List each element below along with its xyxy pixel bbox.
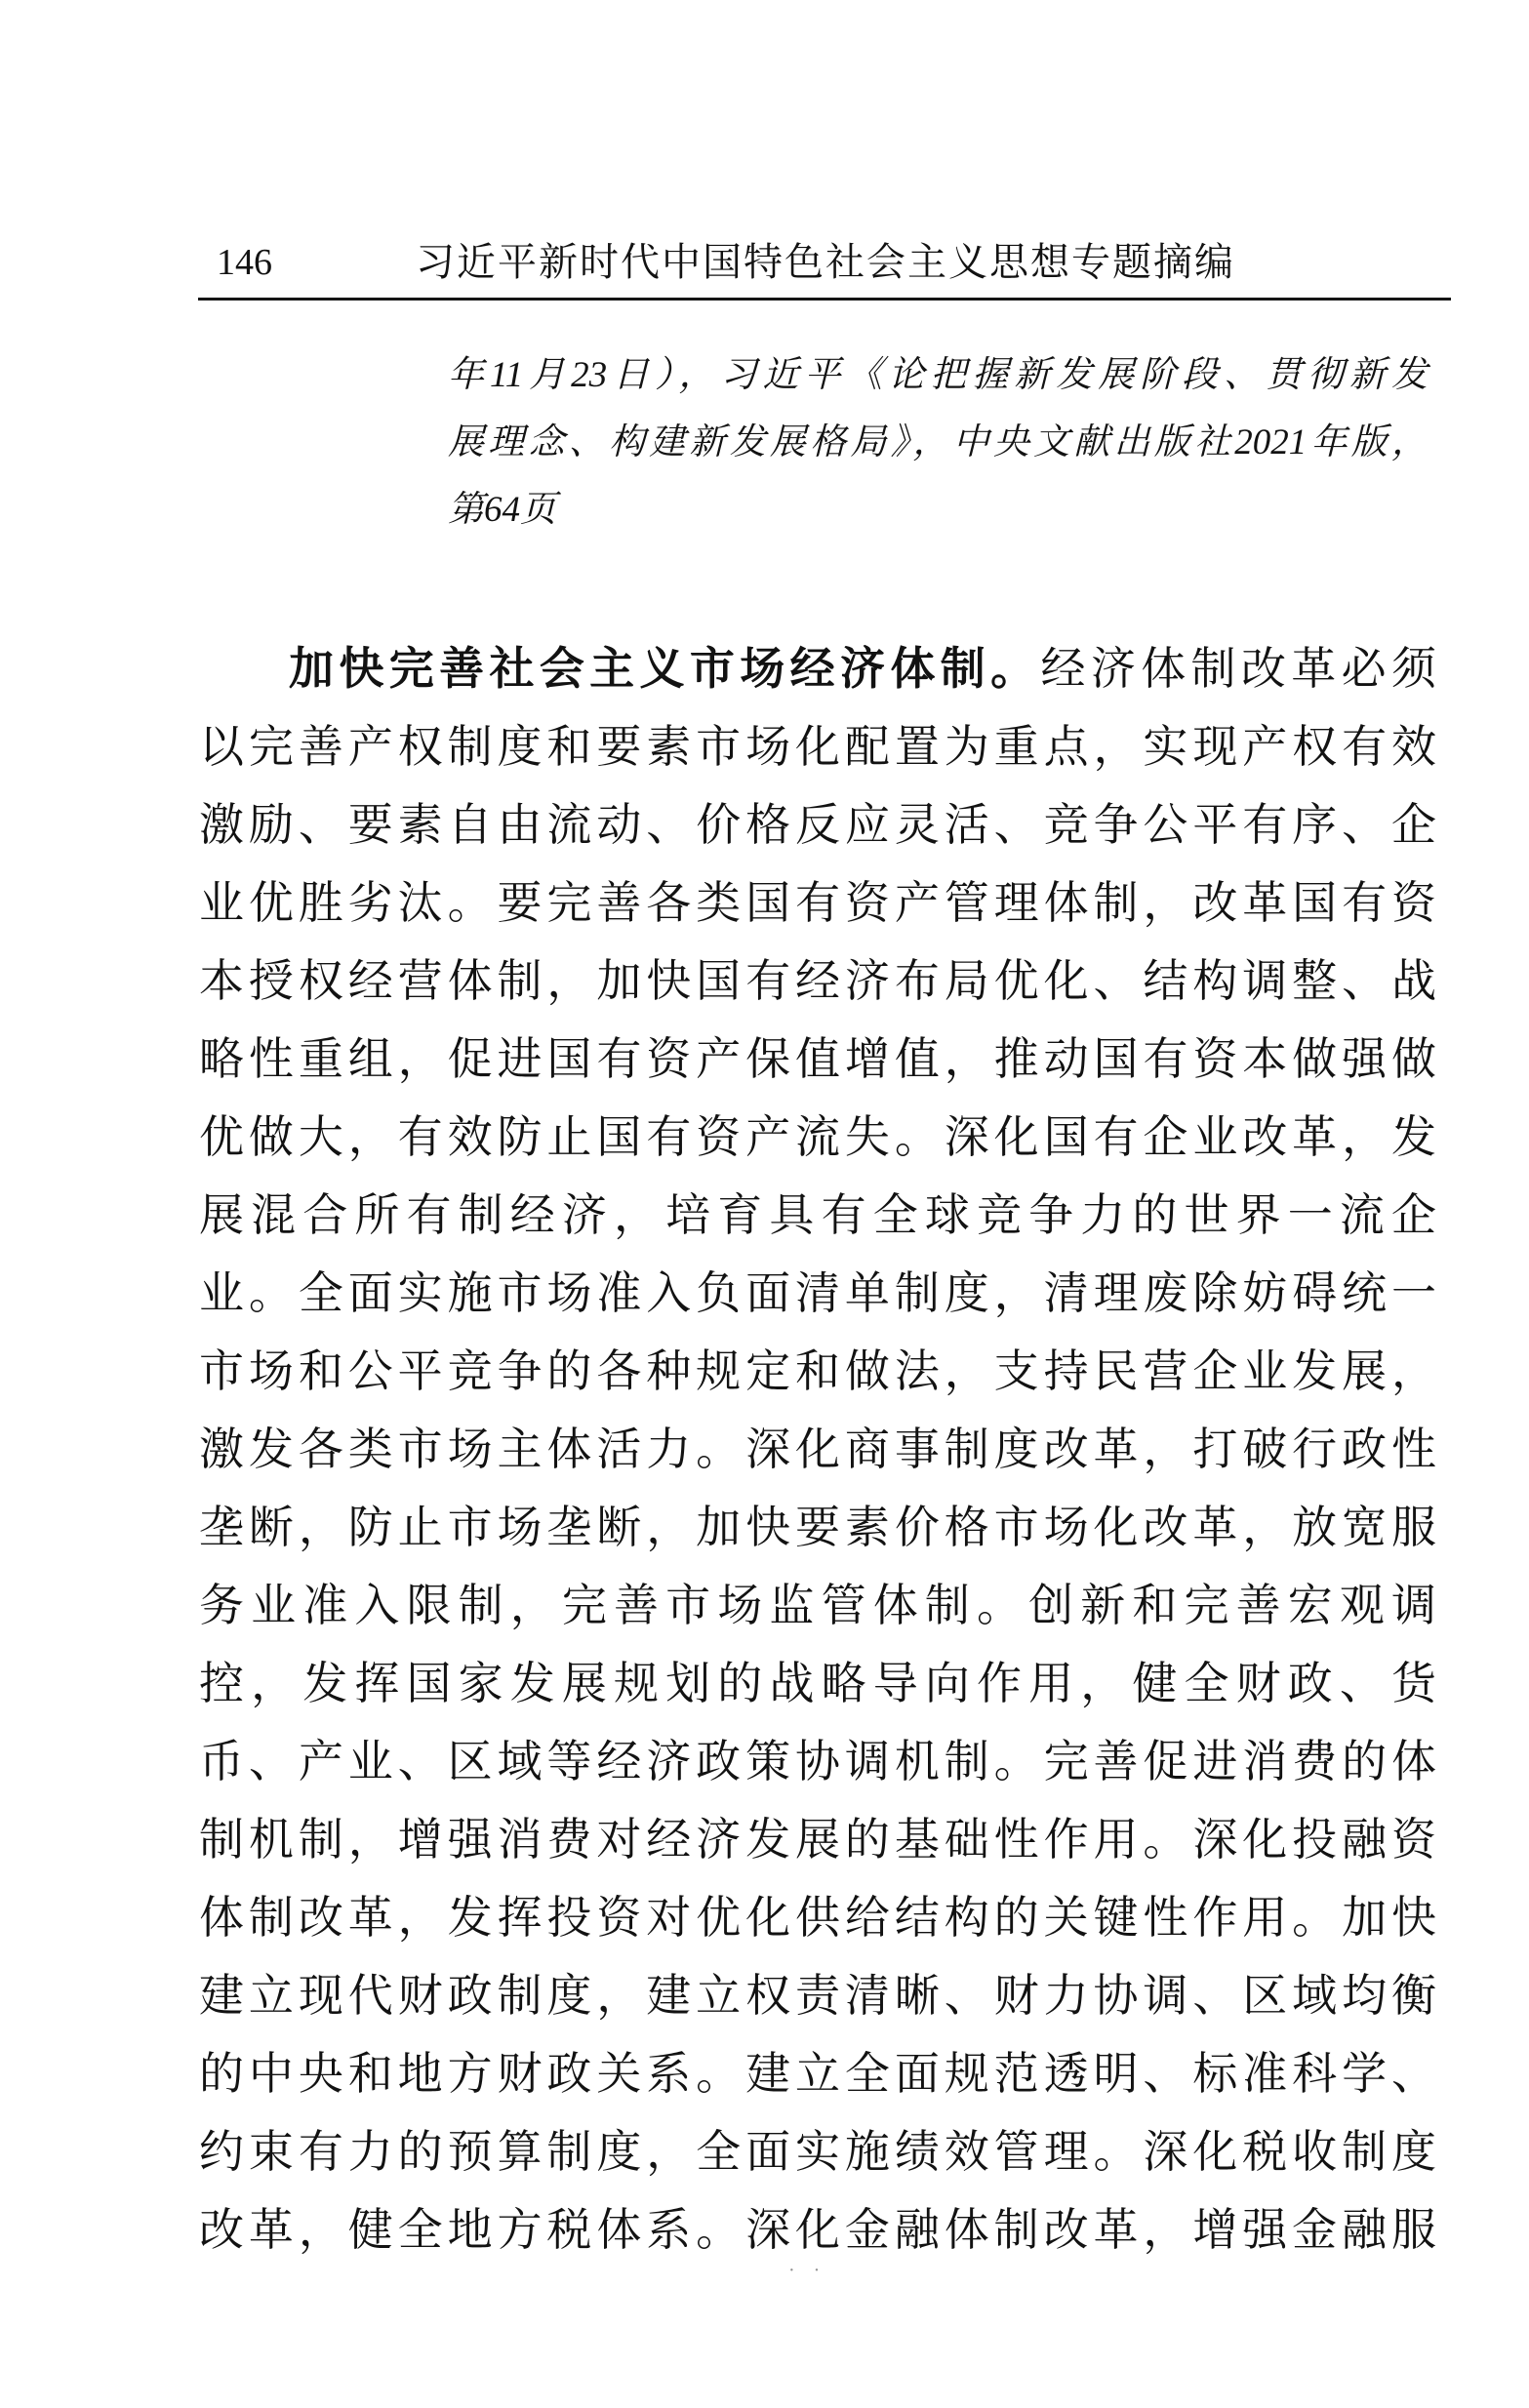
citation-block: 年11月23日），习近平《论把握新发展阶段、贯彻新发 展理念、构建新发展格局》，… (448, 341, 1428, 543)
body-line-first: 加快完善社会主义市场经济体制。经济体制改革必须 (199, 630, 1436, 708)
body-line: 制机制，增强消费对经济发展的基础性作用。深化投融资 (199, 1801, 1436, 1879)
running-head-title: 习近平新时代中国特色社会主义思想专题摘编 (200, 236, 1451, 289)
body-line: 币、产业、区域等经济政策协调机制。完善促进消费的体 (199, 1723, 1436, 1801)
body-line: 控，发挥国家发展规划的战略导向作用，健全财政、货 (199, 1645, 1436, 1723)
topic-sentence-bold: 加快完善社会主义市场经济体制。 (289, 644, 1040, 694)
body-line: 约束有力的预算制度，全面实施绩效管理。深化税收制度 (199, 2113, 1436, 2191)
body-line: 务业准入限制，完善市场监管体制。创新和完善宏观调 (199, 1567, 1436, 1645)
body-line: 的中央和地方财政关系。建立全面规范透明、标准科学、 (199, 2035, 1436, 2113)
body-line: 市场和公平竞争的各种规定和做法，支持民营企业发展， (199, 1333, 1436, 1411)
body-line: 本授权经营体制，加快国有经济布局优化、结构调整、战 (199, 943, 1436, 1021)
body-line: 改革，健全地方税体系。深化金融体制改革，增强金融服 (199, 2191, 1436, 2269)
citation-line: 展理念、构建新发展格局》，中央文献出版社2021年版， (448, 409, 1428, 476)
body-lines: 以完善产权制度和要素市场化配置为重点，实现产权有效 激励、要素自由流动、价格反应… (199, 708, 1436, 2269)
body-line: 激励、要素自由流动、价格反应灵活、竞争公平有序、企 (199, 786, 1436, 864)
body-line: 业。全面实施市场准入负面清单制度，清理废除妨碍统一 (199, 1255, 1436, 1333)
book-page: 146 习近平新时代中国特色社会主义思想专题摘编 年11月23日），习近平《论把… (0, 0, 1529, 2408)
body-line: 优做大，有效防止国有资产流失。深化国有企业改革，发 (199, 1099, 1436, 1177)
body-line: 以完善产权制度和要素市场化配置为重点，实现产权有效 (199, 708, 1436, 786)
body-line-first-rest: 经济体制改革必须 (1040, 644, 1436, 694)
body-line: 业优胜劣汰。要完善各类国有资产管理体制，改革国有资 (199, 864, 1436, 943)
body-paragraph: 加快完善社会主义市场经济体制。经济体制改革必须 以完善产权制度和要素市场化配置为… (199, 630, 1436, 2269)
citation-line: 年11月23日），习近平《论把握新发展阶段、贯彻新发 (448, 341, 1428, 409)
header-rule (198, 298, 1451, 301)
citation-line: 第64页 (448, 476, 1428, 543)
body-line: 建立现代财政制度，建立权责清晰、财力协调、区域均衡 (199, 1957, 1436, 2035)
body-line: 展混合所有制经济，培育具有全球竞争力的世界一流企 (199, 1177, 1436, 1255)
scan-artifact-dots: · · (788, 2260, 826, 2282)
body-line: 略性重组，促进国有资产保值增值，推动国有资本做强做 (199, 1021, 1436, 1099)
body-line: 激发各类市场主体活力。深化商事制度改革，打破行政性 (199, 1411, 1436, 1489)
body-line: 垄断，防止市场垄断，加快要素价格市场化改革，放宽服 (199, 1489, 1436, 1567)
body-line: 体制改革，发挥投资对优化供给结构的关键性作用。加快 (199, 1879, 1436, 1957)
